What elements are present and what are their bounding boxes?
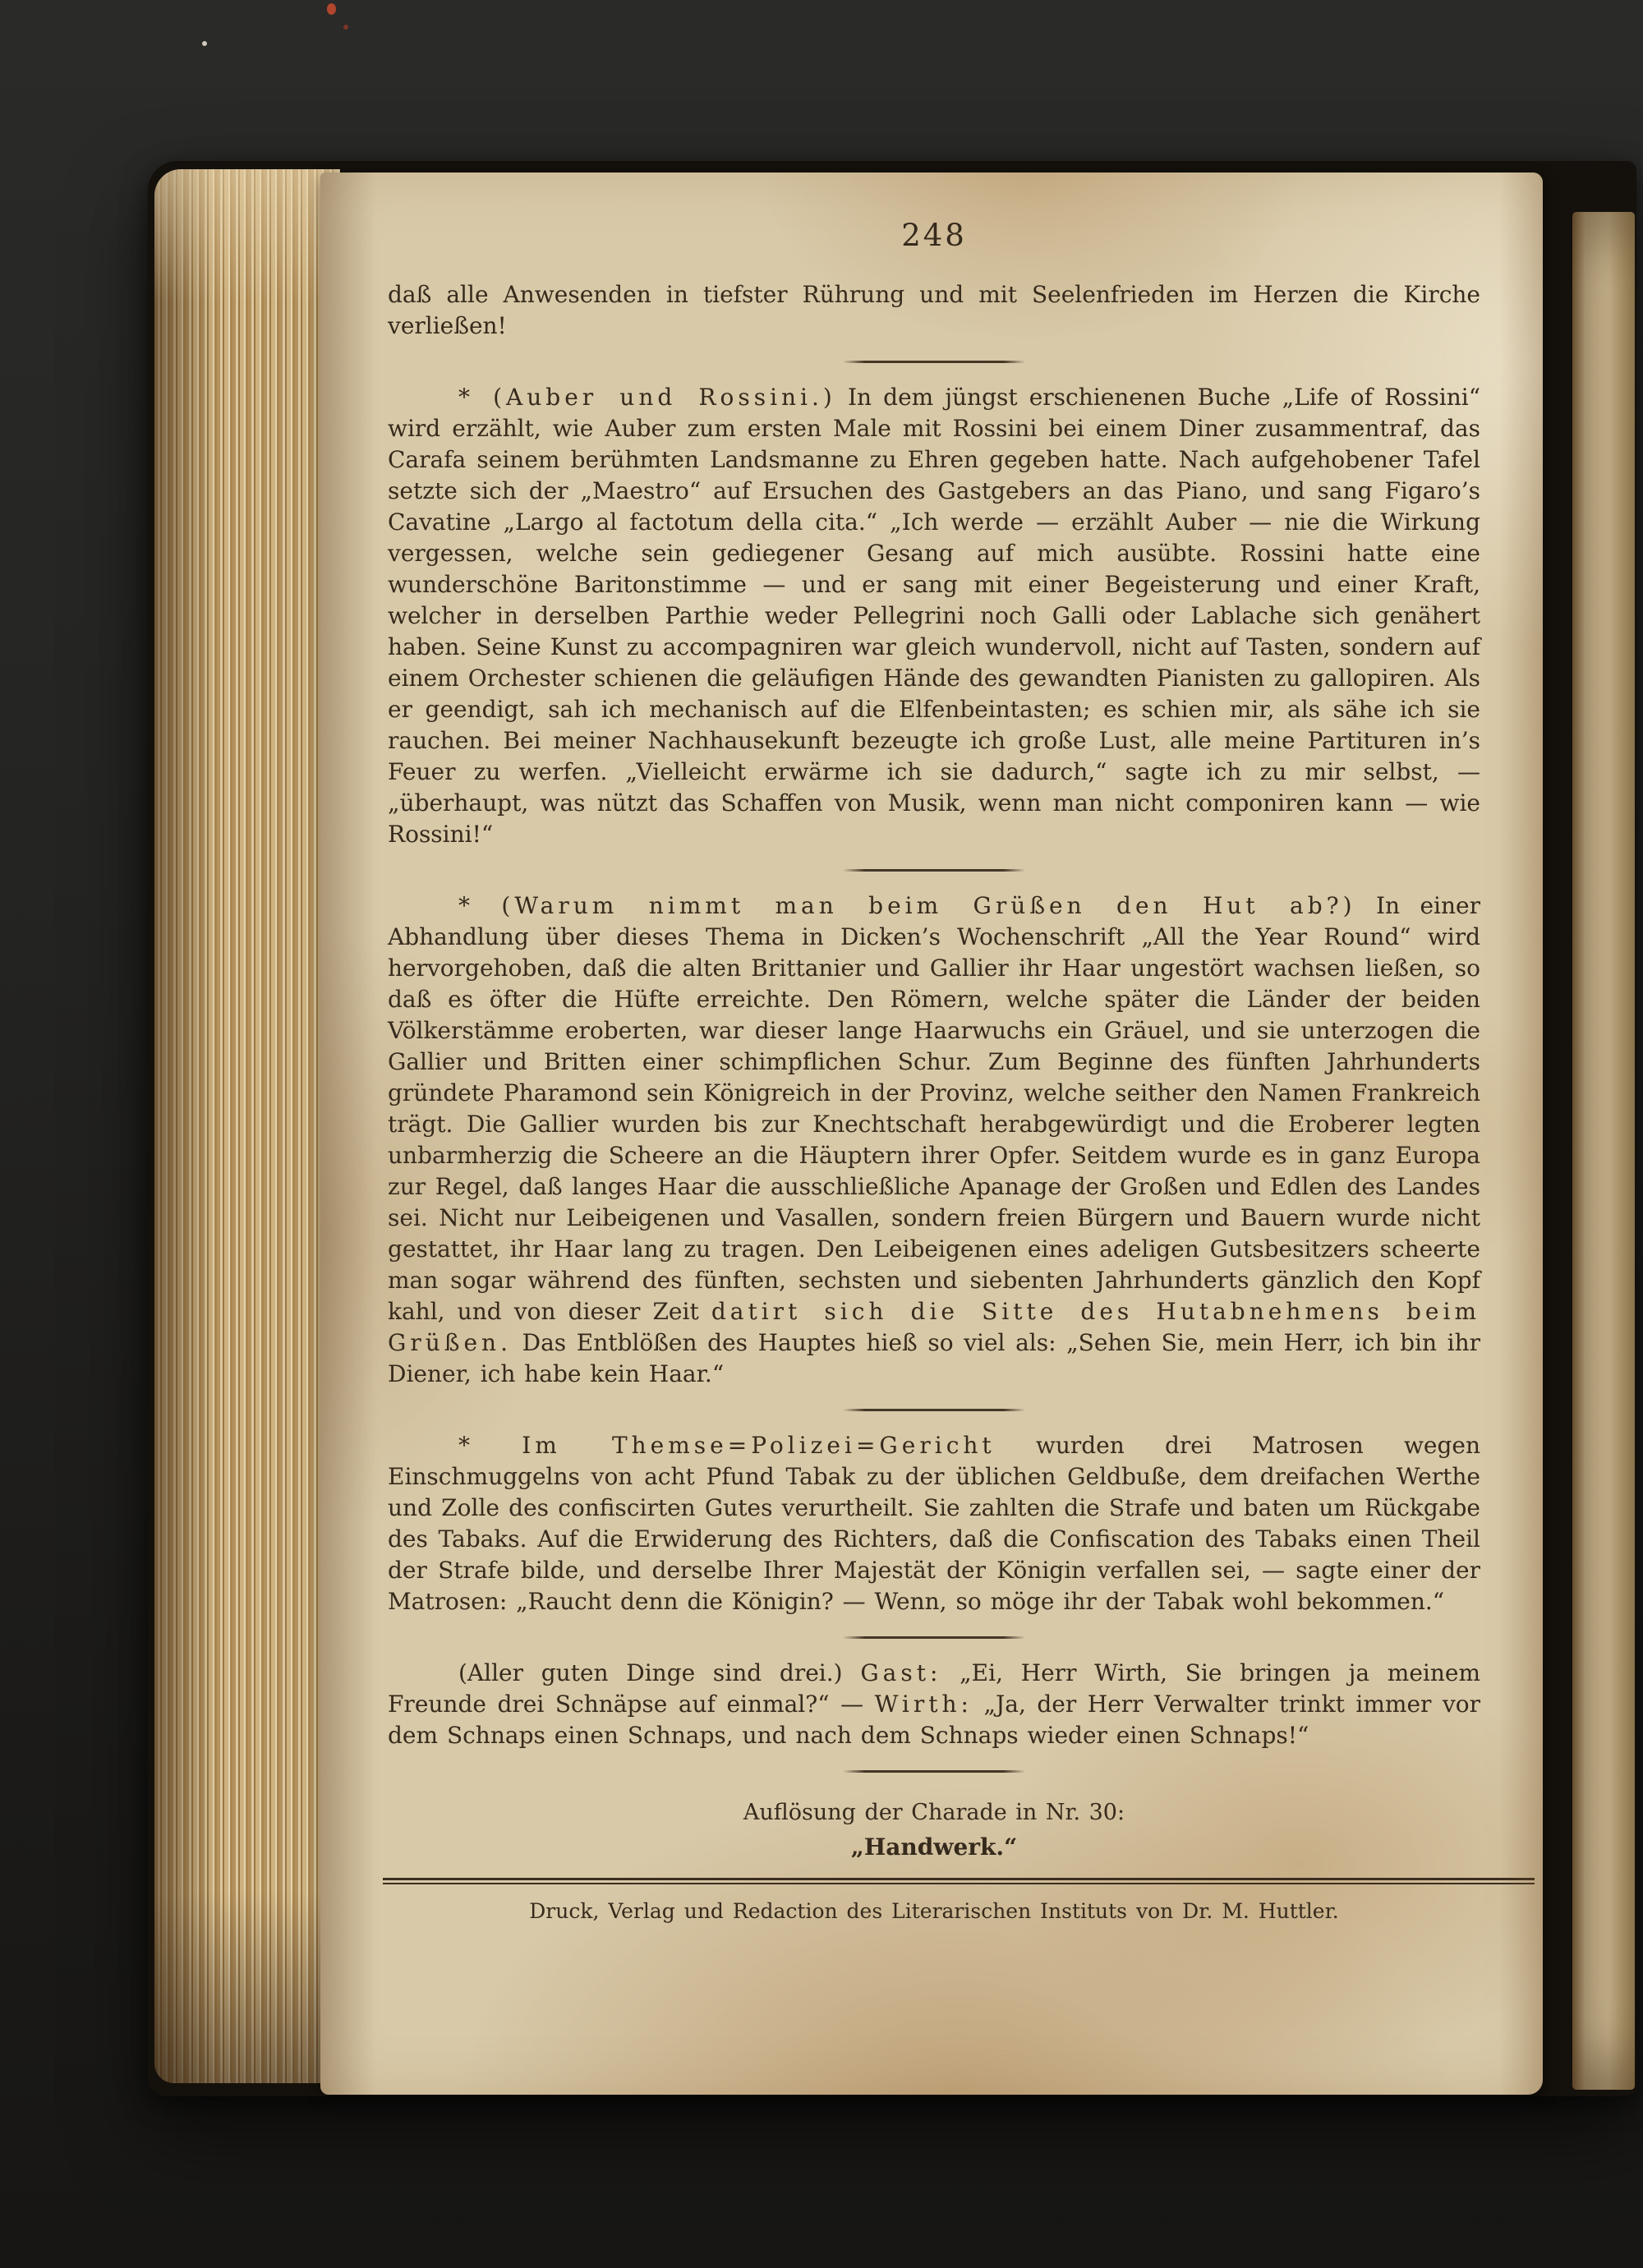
section-divider bbox=[843, 1409, 1025, 1411]
item-body: In einer Abhandlung über dieses Thema in… bbox=[388, 892, 1480, 1325]
white-speck bbox=[202, 41, 207, 46]
charade-answer: „Handwerk.“ bbox=[388, 1832, 1480, 1863]
charade-solution-title: Auflösung der Charade in Nr. 30: bbox=[388, 1797, 1480, 1829]
item-marker: * bbox=[458, 384, 481, 411]
page-number: 248 bbox=[388, 220, 1480, 251]
anecdote-drei-schnaepse: (Aller guten Dinge sind drei.) Gast: „Ei… bbox=[388, 1658, 1480, 1751]
item-head: (Aller guten Dinge sind drei.) bbox=[458, 1659, 843, 1686]
speaker-wirth: Wirth: bbox=[875, 1691, 973, 1718]
page-edge-stack bbox=[154, 169, 340, 2083]
speaker-gast: Gast: bbox=[860, 1659, 941, 1686]
item-marker: * bbox=[458, 1432, 481, 1459]
charade-solution: Auflösung der Charade in Nr. 30: „Handwe… bbox=[388, 1797, 1480, 1863]
section-divider bbox=[843, 1636, 1025, 1639]
page-content: 248 daß alle Anwesenden in tiefster Rühr… bbox=[320, 173, 1543, 1927]
section-divider bbox=[843, 361, 1025, 363]
item-body: In dem jüngst erschienenen Buche „Life o… bbox=[388, 384, 1480, 848]
red-speck-small bbox=[343, 25, 348, 30]
section-divider bbox=[843, 1770, 1025, 1773]
dash: — bbox=[840, 1691, 863, 1718]
red-speck bbox=[327, 3, 336, 15]
book-page: 248 daß alle Anwesenden in tiefster Rühr… bbox=[320, 173, 1543, 2095]
anecdote-hut-abnehmen: * (Warum nimmt man beim Grüßen den Hut a… bbox=[388, 890, 1480, 1390]
anecdote-themse-gericht: * Im Themse=Polizei=Gericht wurden drei … bbox=[388, 1430, 1480, 1617]
item-marker: * bbox=[458, 892, 481, 919]
adjacent-page-edge bbox=[1572, 212, 1635, 2090]
item-head: Im Themse=Polizei=Gericht bbox=[522, 1432, 995, 1459]
item-head: (Warum nimmt man beim Grüßen den Hut ab?… bbox=[501, 892, 1355, 919]
section-divider bbox=[843, 869, 1025, 872]
imprint-line: Druck, Verlag und Redaction des Literari… bbox=[388, 1896, 1480, 1927]
book: 248 daß alle Anwesenden in tiefster Rühr… bbox=[148, 161, 1636, 2096]
continuation-paragraph: daß alle Anwesenden in tiefster Rührung … bbox=[388, 279, 1480, 342]
item-head: (Auber und Rossini.) bbox=[493, 384, 836, 411]
anecdote-auber-rossini: * (Auber und Rossini.) In dem jüngst ers… bbox=[388, 382, 1480, 850]
imprint-rule bbox=[383, 1878, 1535, 1884]
item-body-continued: Das Entblößen des Hauptes hieß so viel a… bbox=[388, 1329, 1480, 1387]
item-body: wurden drei Matrosen wegen Einschmuggeln… bbox=[388, 1432, 1480, 1615]
